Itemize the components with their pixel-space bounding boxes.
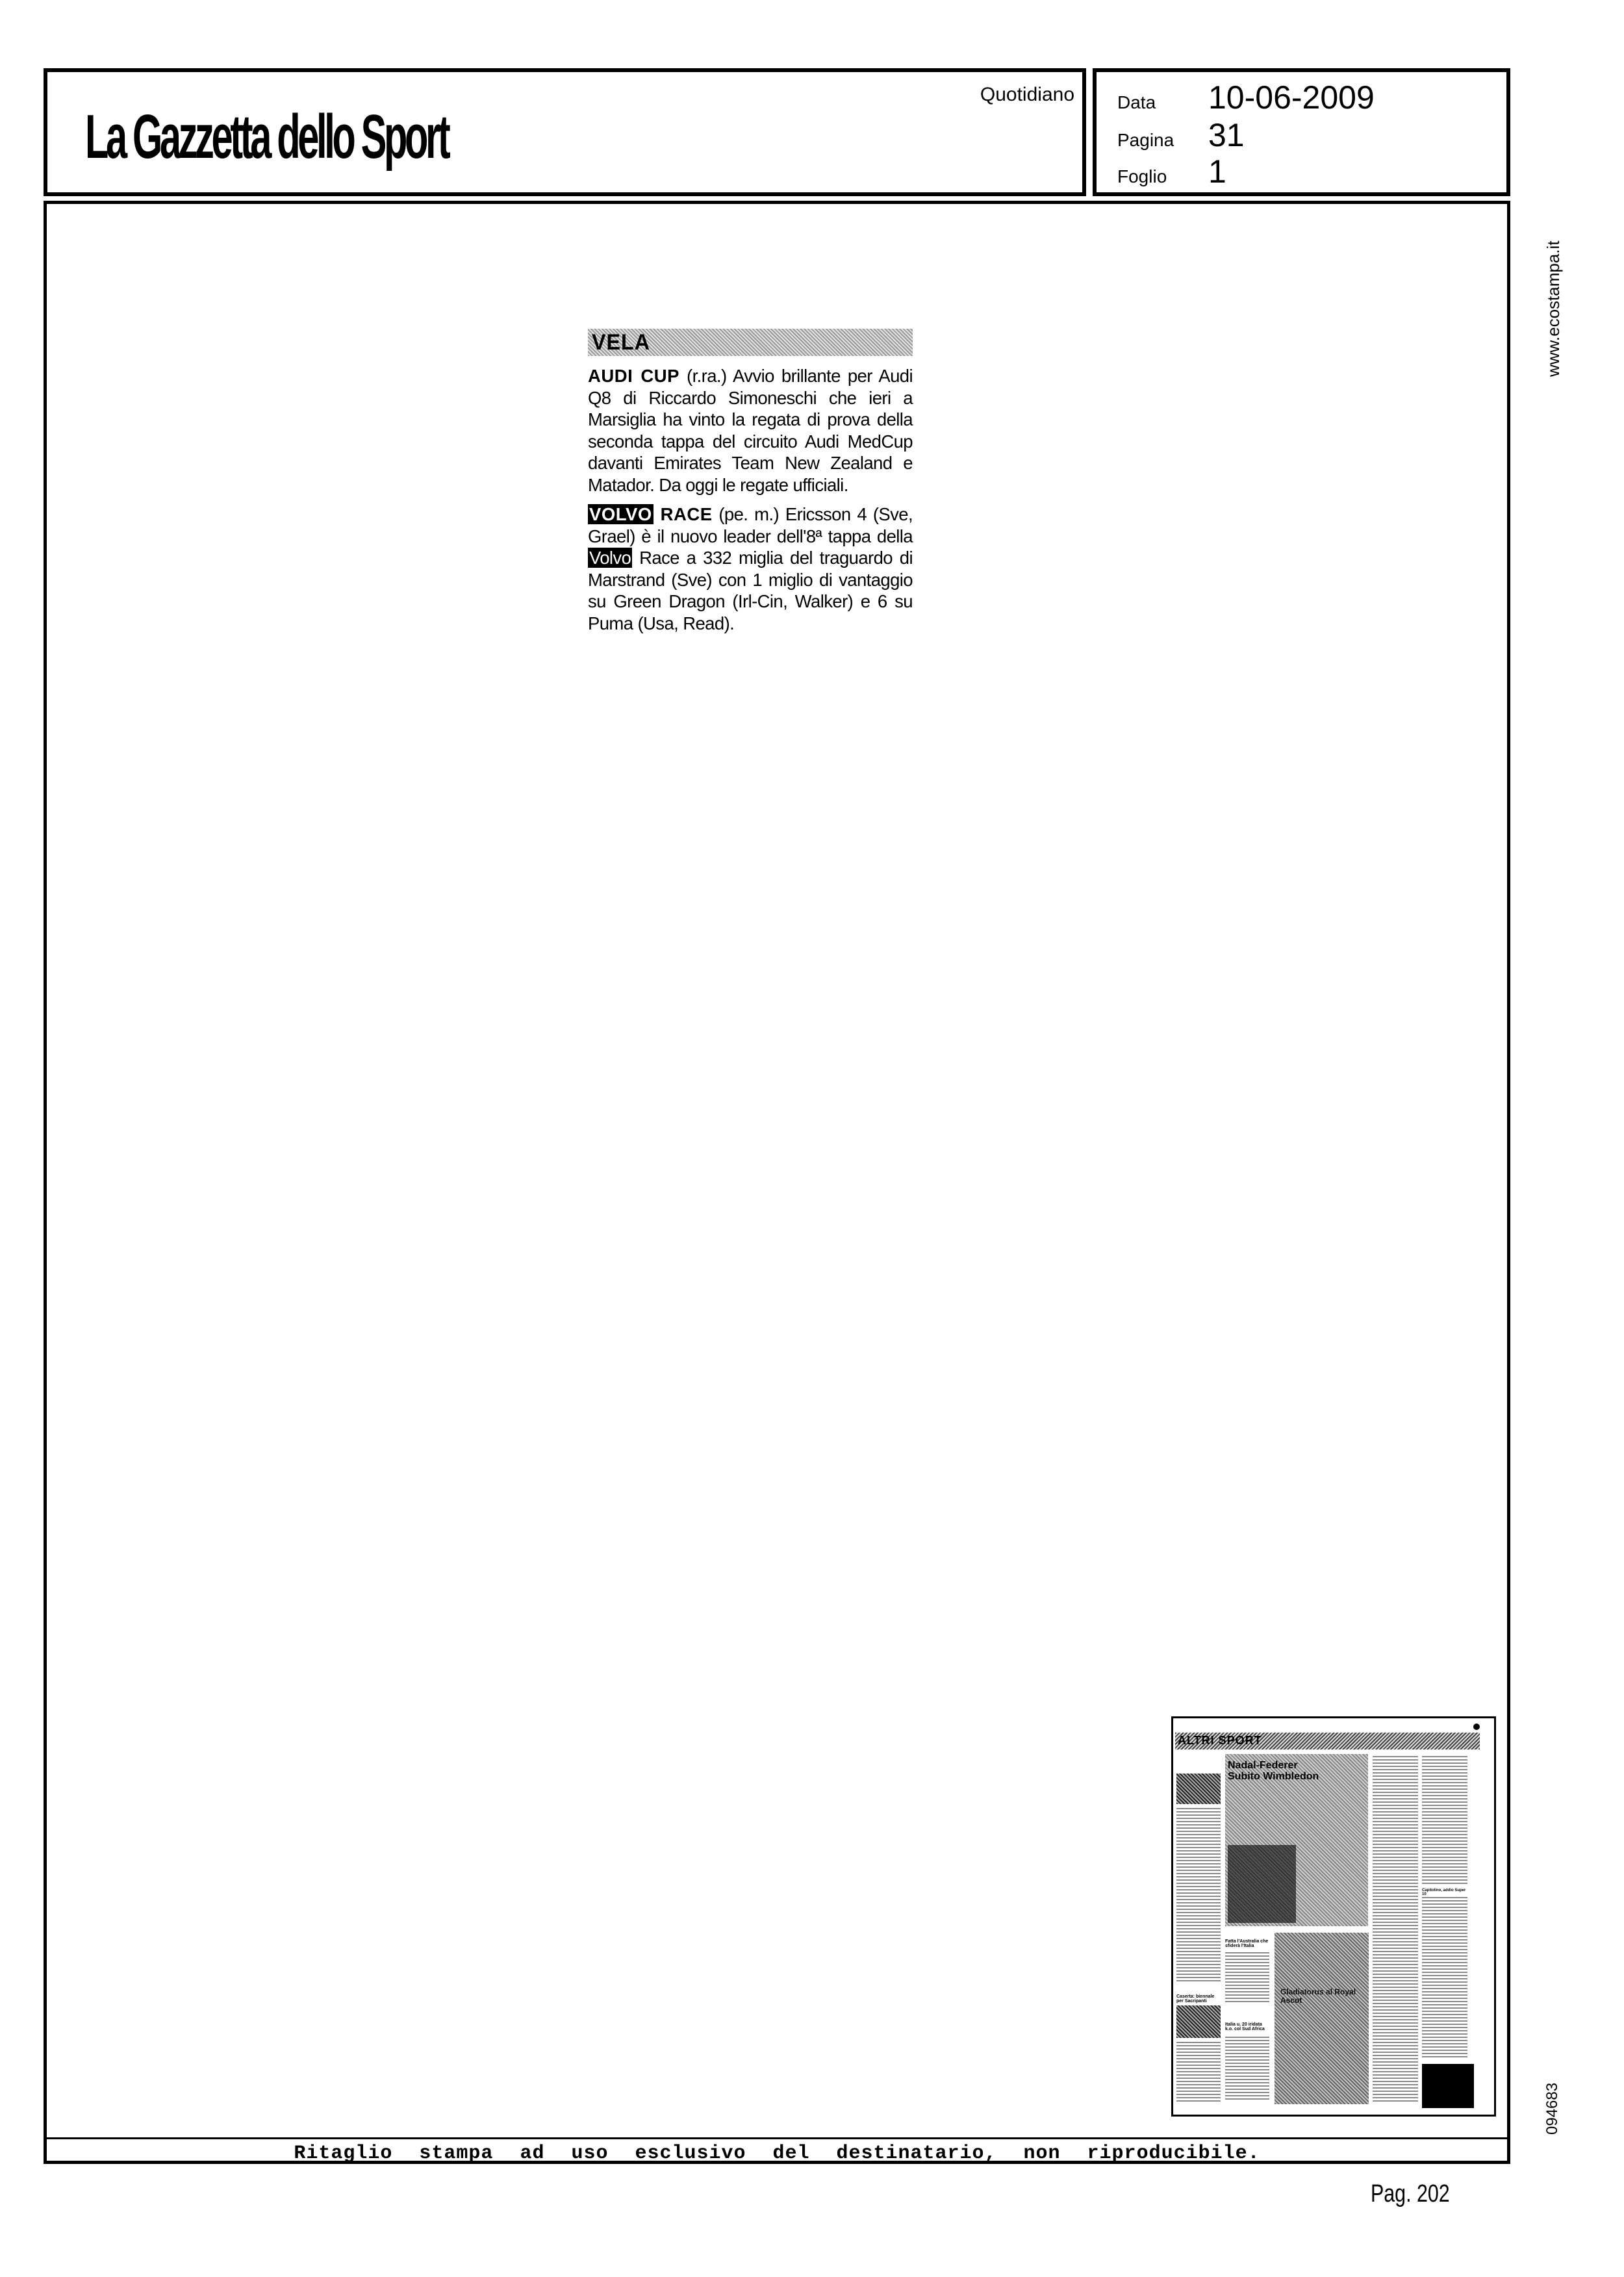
meta-row-data: Data 10-06-2009	[1117, 81, 1375, 114]
thumb-text-column	[1422, 1756, 1467, 1886]
pagina-value: 31	[1208, 119, 1245, 151]
thumb-photo	[1228, 1845, 1296, 1923]
page-badge-icon	[1473, 1724, 1480, 1730]
page-thumbnail: ALTRI SPORT Caserta: biennale per Sacrip…	[1171, 1716, 1496, 2117]
item-body-part2: Race a 332 miglia del traguardo di Marst…	[588, 548, 913, 633]
thumb-photo-headline: Gladiatorus al Royal Ascot	[1280, 1988, 1358, 2004]
thumb-photo	[1176, 2005, 1221, 2038]
thumb-photo	[1275, 1933, 1369, 2104]
header-meta-box: Data 10-06-2009 Pagina 31 Foglio 1	[1093, 68, 1510, 196]
section-title: VELA	[592, 330, 650, 355]
header-masthead-box: La Gazzetta dello Sport Quotidiano	[44, 68, 1086, 196]
thumb-headline: Fatta l'Australia che sfiderà l'Italia	[1225, 1939, 1271, 1949]
ecostampa-url: www.ecostampa.it	[1543, 240, 1564, 377]
thumb-text-column	[1225, 2037, 1269, 2102]
thumb-text-column	[1176, 1808, 1221, 1983]
meta-row-foglio: Foglio 1	[1117, 155, 1226, 188]
item-highlight: Volvo	[588, 548, 632, 568]
meta-row-pagina: Pagina 31	[1117, 119, 1245, 151]
periodicity-label: Quotidiano	[980, 84, 1074, 106]
data-label: Data	[1117, 92, 1208, 113]
thumb-headline: Capitolino, addio Super 10	[1422, 1889, 1469, 1897]
clipping-code: 094683	[1543, 2083, 1562, 2135]
data-value: 10-06-2009	[1208, 81, 1375, 114]
page-number: Pag. 202	[1371, 2180, 1450, 2208]
item-kicker: AUDI CUP	[588, 366, 679, 386]
thumb-text-column	[1373, 1756, 1418, 2104]
copyright-notice: Ritaglio stampa ad uso esclusivo del des…	[47, 2143, 1507, 2165]
item-kicker: RACE	[653, 504, 713, 524]
thumb-headline: Italia u. 20 iridata k.o. col Sud Africa	[1225, 2022, 1271, 2032]
thumb-text-column	[1225, 1952, 1269, 2004]
thumb-dark-box	[1422, 2064, 1474, 2108]
footer-divider	[47, 2137, 1507, 2139]
article-item-volvo-race: VOLVO RACE (pe. m.) Ericsson 4 (Sve, Gra…	[588, 503, 913, 634]
foglio-label: Foglio	[1117, 166, 1208, 187]
newspaper-masthead: La Gazzetta dello Sport	[85, 106, 448, 168]
thumb-band-title: ALTRI SPORT	[1178, 1734, 1262, 1748]
section-bar: VELA	[588, 329, 913, 356]
article-clipping: VELA AUDI CUP (r.ra.) Avvio brillante pe…	[588, 329, 913, 634]
item-kicker-highlight: VOLVO	[588, 504, 653, 524]
article-item-audi-cup: AUDI CUP (r.ra.) Avvio brillante per Aud…	[588, 365, 913, 496]
pagina-label: Pagina	[1117, 130, 1208, 151]
foglio-value: 1	[1208, 155, 1226, 188]
thumb-photo	[1176, 1774, 1221, 1804]
thumb-headline: Caserta: biennale per Sacripanti	[1176, 1994, 1222, 2004]
thumb-page-badge	[1471, 1724, 1480, 1730]
thumb-section-band: ALTRI SPORT	[1175, 1733, 1480, 1749]
thumb-text-column	[1422, 1897, 1467, 2059]
thumb-text-column	[1176, 2042, 1221, 2104]
thumb-main-headline: Nadal-Federer Subito Wimbledon	[1228, 1761, 1325, 1783]
